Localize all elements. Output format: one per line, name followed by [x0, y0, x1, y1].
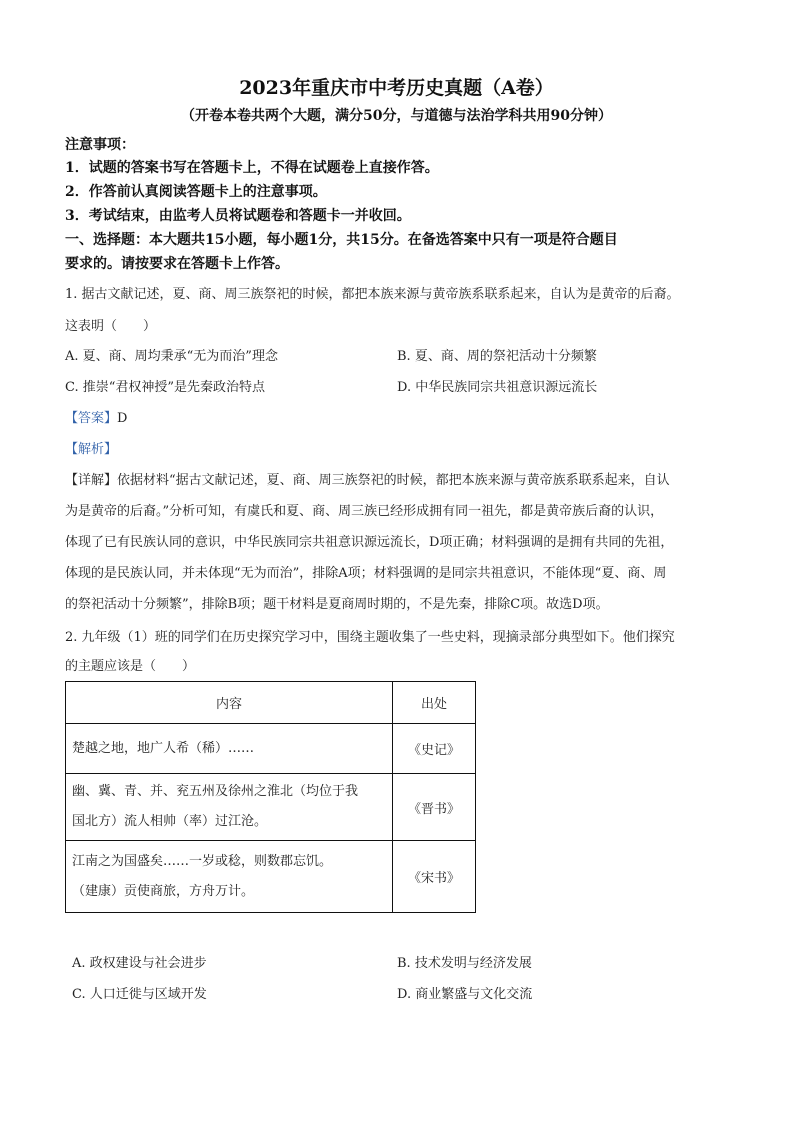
row-content: 江南之为国盛矣……一岁或稔，则数郡忘饥。 （建康）贡使商旅，方舟万计。 — [66, 841, 393, 913]
q1-detail-line-1: 【详解】依据材料“据古文献记述，夏、商、周三族祭祀的时候，都把本族来源与黄帝族系… — [65, 469, 670, 488]
row-content: 幽、冀、青、并、兖五州及徐州之淮北（均位于我 国北方）流人相帅（率）过江沧。 — [66, 774, 393, 841]
notice-item-3: 3．考试结束，由监考人员将试题卷和答题卡一并收回。 — [65, 205, 411, 225]
analysis-label: 【解析】 — [65, 438, 117, 457]
table-row: 幽、冀、青、并、兖五州及徐州之淮北（均位于我 国北方）流人相帅（率）过江沧。 《… — [66, 774, 476, 841]
q1-detail-line-4: 体现的是民族认同，并未体现“无为而治”，排除A项；材料强调的是同宗共祖意识，不能… — [65, 562, 666, 581]
notice-item-2: 2．作答前认真阅读答题卡上的注意事项。 — [65, 181, 327, 201]
q1-option-a: A. 夏、商、周均秉承“无为而治”理念 — [65, 345, 278, 364]
table-row: 楚越之地，地广人希（稀）…… 《史记》 — [66, 724, 476, 774]
source-table: 内容 出处 楚越之地，地广人希（稀）…… 《史记》 幽、冀、青、并、兖五州及徐州… — [65, 681, 476, 913]
q1-answer: 【答案】D — [65, 407, 127, 426]
header-source: 出处 — [393, 682, 476, 724]
section-heading: 一、选择题：本大题共15小题，每小题1分，共15分。在备选答案中只有一项是符合题… — [65, 229, 618, 249]
answer-value: D — [117, 411, 127, 426]
q1-stem-cont: 这表明（ ） — [65, 315, 156, 334]
row-source: 《宋书》 — [393, 841, 476, 913]
detail-label: 【详解】 — [65, 473, 117, 488]
q1-option-c: C. 推崇“君权神授”是先秦政治特点 — [65, 376, 265, 395]
table-header-row: 内容 出处 — [66, 682, 476, 724]
row-source: 《晋书》 — [393, 774, 476, 841]
q2-option-b: B. 技术发明与经济发展 — [397, 952, 532, 971]
table-row: 江南之为国盛矣……一岁或稔，则数郡忘饥。 （建康）贡使商旅，方舟万计。 《宋书》 — [66, 841, 476, 913]
q1-detail-line-5: 的祭祀活动十分频繁”，排除B项；题干材料是夏商周时期的，不是先秦，排除C项。故选… — [65, 593, 609, 612]
q1-option-d: D. 中华民族同宗共祖意识源远流长 — [397, 376, 597, 395]
q2-stem-cont: 的主题应该是（ ） — [65, 655, 195, 674]
page-subtitle: （开卷本卷共两个大题，满分50分，与道德与法治学科共用90分钟） — [0, 105, 793, 125]
q1-detail-line-3: 体现了已有民族认同的意识，中华民族同宗共祖意识源远流长，D项正确；材料强调的是拥… — [65, 531, 673, 550]
notice-item-1: 1．试题的答案书写在答题卡上，不得在试题卷上直接作答。 — [65, 157, 439, 177]
q1-detail-line-2: 为是黄帝的后裔。”分析可知，有虞氏和夏、商、周三族已经形成拥有同一祖先，都是黄帝… — [65, 500, 663, 519]
q2-stem: 2. 九年级（1）班的同学们在历史探究学习中，围绕主题收集了一些史料，现摘录部分… — [65, 626, 675, 645]
q2-option-d: D. 商业繁盛与文化交流 — [397, 983, 532, 1002]
answer-label: 【答案】 — [65, 411, 117, 426]
row-source: 《史记》 — [393, 724, 476, 774]
q2-option-a: A. 政权建设与社会进步 — [72, 952, 207, 971]
page-title: 2023年重庆市中考历史真题（A卷） — [0, 73, 793, 100]
q1-option-b: B. 夏、商、周的祭祀活动十分频繁 — [397, 345, 597, 364]
header-content: 内容 — [66, 682, 393, 724]
q2-option-c: C. 人口迁徙与区域开发 — [72, 983, 207, 1002]
q1-stem: 1. 据古文献记述，夏、商、周三族祭祀的时候，都把本族来源与黄帝族系联系起来，自… — [65, 283, 680, 302]
row-content: 楚越之地，地广人希（稀）…… — [66, 724, 393, 774]
section-heading-cont: 要求的。请按要求在答题卡上作答。 — [65, 253, 289, 273]
notice-heading: 注意事项： — [65, 134, 135, 154]
